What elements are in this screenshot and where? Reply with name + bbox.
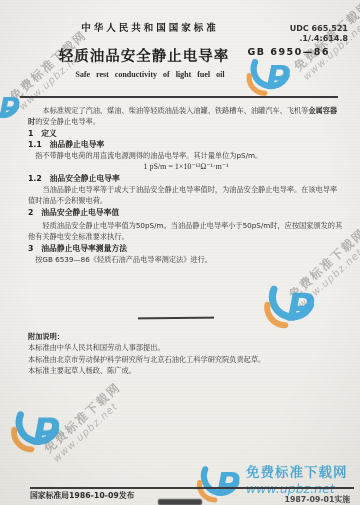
national-standard-heading: 中华人民共和国国家标准 [0,20,300,34]
scope-paragraph: 本标准规定了汽油、煤油、柴油等轻质油品装入油罐、铁路槽车、油罐汽车、飞机等金属容… [28,105,344,128]
scope-text-post: 的安全静止电导率。 [35,117,100,126]
section-1-2-text: 当油品静止电导率等于或大于油品安全静止电导率值时，为油品安全静止电导率。在该电导… [28,184,344,207]
logo-swoosh-blue [0,95,17,116]
watermark-bottom-right: 免费标准下载网 www.upbz.net [246,466,348,496]
logo-letter: P [0,91,20,125]
document-body: 本标准规定了汽油、煤油、柴油等轻质油品装入油罐、铁路槽车、油罐汽车、飞机等金属容… [28,105,344,265]
udc-line-1: UDC 665.521 [290,24,348,34]
up-logo-icon: P [190,458,246,504]
logo-swoosh-orange [199,483,214,500]
section-1-1-heading: 1.1 油品静止电导率 [28,139,344,150]
section-3-text: 按GB 6539—86《轻质石油产品电导率测定法》进行。 [28,254,344,265]
scan-ink-smudge [158,499,202,505]
watermark-site-url: www.upbz.net [51,391,131,465]
footer-rule [30,487,354,489]
appendix-line-proposed-by: 本标准由中华人民共和国劳动人事部提出。 [28,342,328,353]
watermark-site-name: 免费标准下载网 [40,378,124,456]
logo-letter: P [287,285,315,330]
section-3-heading: 3 油品静止电导率测量方法 [28,243,344,254]
logo-swoosh-blue [19,415,56,442]
scope-text-pre: 本标准规定了汽油、煤油、柴油等轻质油品装入油罐、铁路槽车、油罐汽车、飞机等 [42,106,308,115]
header-rule [20,96,338,98]
section-divider [138,317,214,320]
document-title-english: Safe rest conductivity of light fuel oil [0,70,300,79]
up-logo-icon: P [6,402,64,454]
conductivity-formula: 1 pS/m = 1×10⁻¹²Ω⁻¹·m⁻¹ [28,161,344,172]
section-1-heading: 1 定义 [28,128,344,139]
appendix-block: 附加说明： 本标准由中华人民共和国劳动人事部提出。 本标准由北京市劳动保护科学研… [28,331,328,377]
logo-swoosh-orange [14,430,31,450]
logo-swoosh-blue [204,469,237,493]
implementation-date: 1987-09-01实施 [285,494,350,505]
appendix-line-drafted-by: 本标准由北京市劳动保护科学研究所与北京石油化工科学研究院负责起草。 [28,354,328,365]
issue-date: 国家标准局1986-10-09发布 [30,490,134,501]
udc-line-2: .1/.4:614.8 [290,34,348,44]
logo-swoosh-orange [267,305,285,325]
section-1-2-heading: 1.2 油品安全静止电导率 [28,173,344,184]
section-1-1-text: 指不带静电电荷的用直流电源测得的油品电导率。其计量单位为pS/m。 [28,150,344,161]
up-logo-icon: P [0,84,23,126]
logo-letter: P [33,411,60,454]
document-title: 轻质油品安全静止电导率 [0,45,288,66]
standard-code: GB 6950—86 [247,47,330,58]
watermark-site-url: www.upbz.net [301,9,360,83]
logo-swoosh-blue [272,289,310,317]
appendix-heading: 附加说明： [28,331,328,342]
up-logo-icon: P [256,276,322,330]
section-2-text: 轻质油品安全静止电导率值为50pS/m。当油品静止电导率小于50pS/m时，应按… [28,220,344,243]
appendix-line-drafters: 本标准主要起草人杨政、陈广成。 [28,365,328,376]
section-2-heading: 2 油品安全静止电导率值 [28,207,344,218]
watermark-site-name: 免费标准下载网 [246,466,348,481]
scanned-standard-page: 免费标准下载网 www.upbz.net 免费标准下载网 www.upbz.ne… [0,0,360,505]
udc-number: UDC 665.521 .1/.4:614.8 [290,24,348,43]
watermark-diagonal-bottom-left: 免费标准下载网 www.upbz.net [40,378,132,464]
logo-letter: P [216,466,240,504]
